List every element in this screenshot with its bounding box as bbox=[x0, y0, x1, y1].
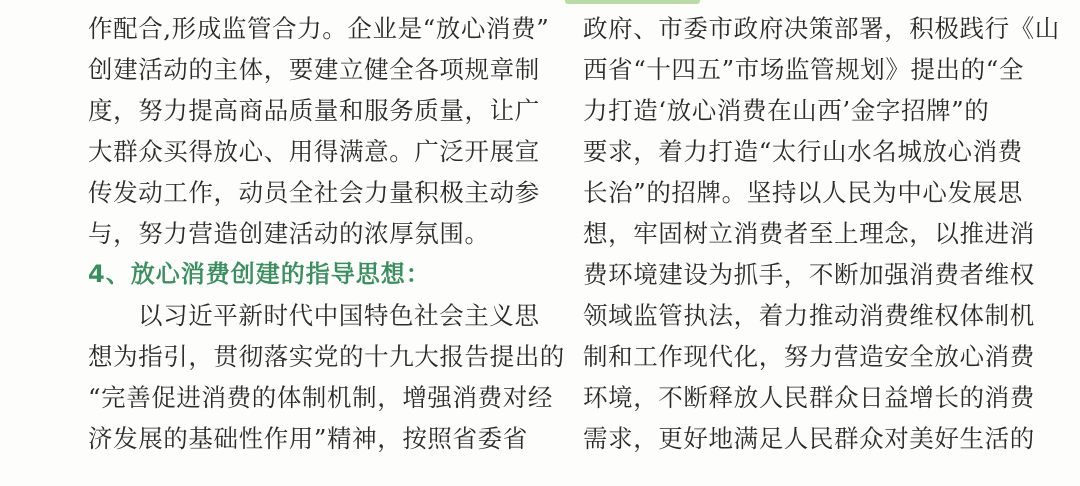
paragraph-line: 制和工作现代化，努力营造安全放心消费 bbox=[583, 336, 1028, 377]
paragraph-line: 需求，更好地满足人民群众对美好生活的 bbox=[583, 418, 1028, 459]
paragraph-line: 领域监管执法，着力推动消费维权体制机 bbox=[583, 295, 1028, 336]
paragraph-line: 环境，不断释放人民群众日益增长的消费 bbox=[583, 377, 1028, 418]
paragraph-line: 济发展的基础性作用”精神，按照省委省 bbox=[88, 418, 528, 459]
paragraph-line: 西省“十四五”市场监管规划》提出的“全 bbox=[583, 49, 1028, 90]
right-column: 政府、市委市政府决策部署，积极践行《山 西省“十四五”市场监管规划》提出的“全 … bbox=[583, 8, 1028, 459]
paragraph-line: 大群众买得放心、用得满意。广泛开展宣 bbox=[88, 131, 528, 172]
paragraph-line: 作配合,形成监管合力。企业是“放心消费” bbox=[88, 8, 528, 49]
paragraph-line: 与，努力营造创建活动的浓厚氛围。 bbox=[88, 213, 528, 254]
paragraph-line: 长治”的招牌。坚持以人民为中心发展思 bbox=[583, 172, 1028, 213]
paragraph-line: 想为指引，贯彻落实党的十九大报告提出的 bbox=[88, 336, 528, 377]
section-heading: 4、放心消费创建的指导思想： bbox=[88, 254, 528, 295]
paragraph-line: 费环境建设为抓手，不断加强消费者维权 bbox=[583, 254, 1028, 295]
paragraph-line: 想，牢固树立消费者至上理念，以推进消 bbox=[583, 213, 1028, 254]
paragraph-line: 传发动工作，动员全社会力量积极主动参 bbox=[88, 172, 528, 213]
paragraph-line: 创建活动的主体，要建立健全各项规章制 bbox=[88, 49, 528, 90]
paragraph-line: “完善促进消费的体制机制，增强消费对经 bbox=[88, 377, 528, 418]
paragraph-line: 力打造‘放心消费在山西’金字招牌”的 bbox=[583, 90, 1028, 131]
paragraph-line: 要求，着力打造“太行山水名城放心消费 bbox=[583, 131, 1028, 172]
paragraph-line: 以习近平新时代中国特色社会主义思 bbox=[88, 295, 528, 336]
decorative-green-bar bbox=[565, 0, 700, 4]
left-column: 作配合,形成监管合力。企业是“放心消费” 创建活动的主体，要建立健全各项规章制 … bbox=[88, 8, 528, 459]
paragraph-line: 度，努力提高商品质量和服务质量，让广 bbox=[88, 90, 528, 131]
paragraph-line: 政府、市委市政府决策部署，积极践行《山 bbox=[583, 8, 1028, 49]
